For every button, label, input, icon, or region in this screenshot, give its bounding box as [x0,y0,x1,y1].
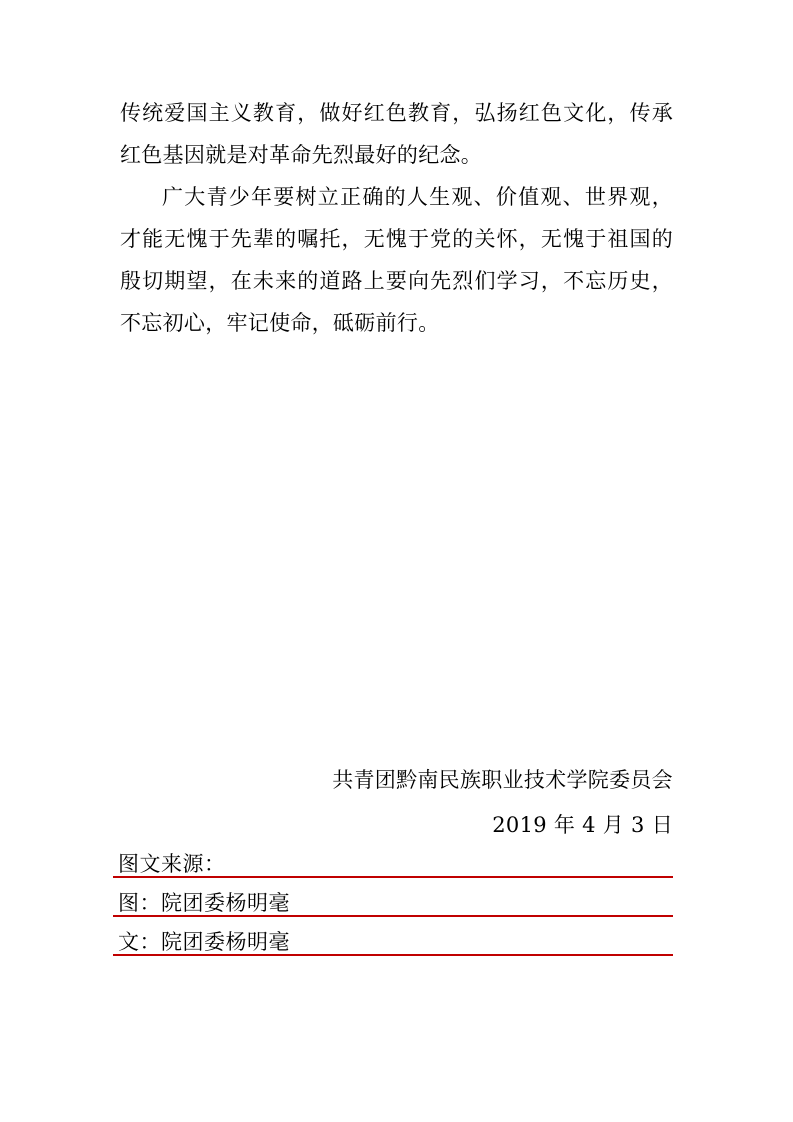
credit-label: 图：院团委杨明毫 [113,891,290,915]
body-text: 传统爱国主义教育，做好红色教育，弘扬红色文化，传承红色基因就是对革命先烈最好的纪… [120,92,673,344]
signature-block: 共青团黔南民族职业技术学院委员会 2019 年 4 月 3 日 [120,758,673,848]
document-page: 传统爱国主义教育，做好红色教育，弘扬红色文化，传承红色基因就是对革命先烈最好的纪… [0,0,793,1122]
paragraph: 广大青少年要树立正确的人生观、价值观、世界观，才能无愧于先辈的嘱托，无愧于党的关… [120,176,673,344]
credit-row-source: 图文来源： [113,848,673,878]
credits-section: 图文来源： 图：院团委杨明毫 文：院团委杨明毫 [113,848,673,956]
document-content: 传统爱国主义教育，做好红色教育，弘扬红色文化，传承红色基因就是对革命先烈最好的纪… [120,92,673,956]
credit-row-photo: 图：院团委杨明毫 [113,878,673,917]
signature-date: 2019 年 4 月 3 日 [120,803,673,848]
credit-row-text: 文：院团委杨明毫 [113,917,673,956]
signature-organization: 共青团黔南民族职业技术学院委员会 [120,758,673,803]
credit-label: 图文来源： [113,852,226,876]
paragraph: 传统爱国主义教育，做好红色教育，弘扬红色文化，传承红色基因就是对革命先烈最好的纪… [120,92,673,176]
credit-label: 文：院团委杨明毫 [113,930,290,954]
